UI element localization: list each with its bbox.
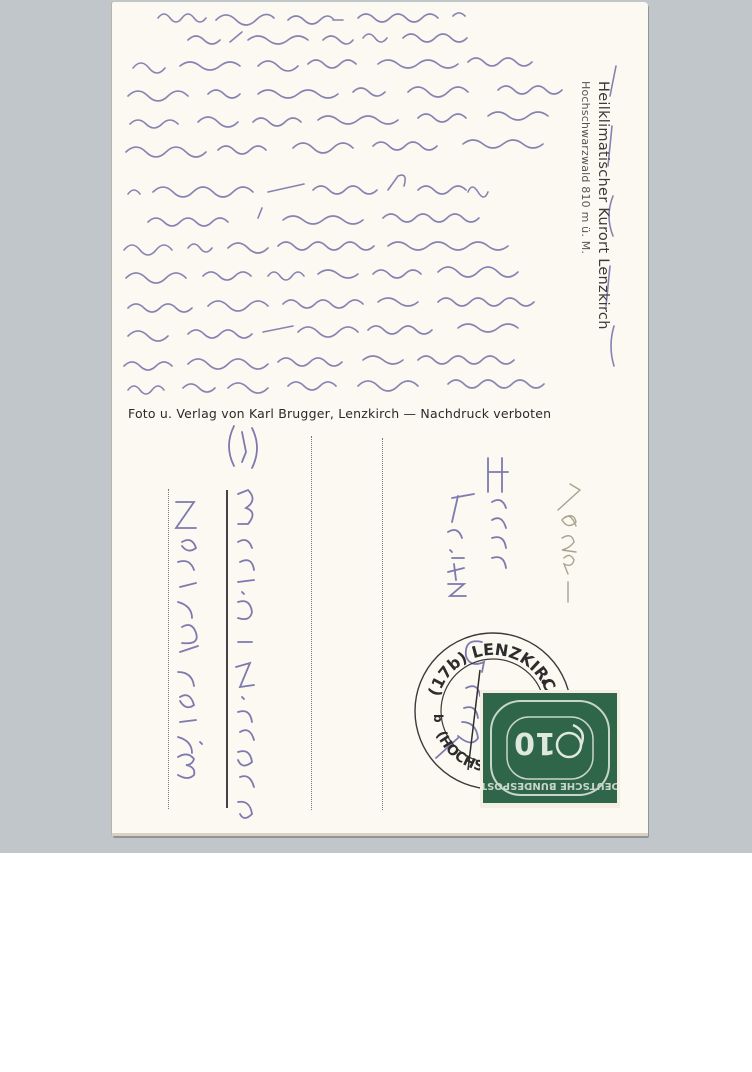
handwritten-message [118, 6, 623, 396]
postcard-title: Heilklimatischer Kurort Lenzkirch [595, 81, 611, 330]
publisher-imprint: Foto u. Verlag von Karl Brugger, Lenzkir… [128, 406, 551, 421]
blank-area [0, 853, 752, 1072]
postcard-subtitle: Hochschwarzwald 810 m ü. M. [579, 81, 592, 254]
postcard: Heilklimatischer Kurort Lenzkirch Hochsc… [112, 2, 648, 836]
svg-text:10: 10 [514, 725, 556, 760]
postage-stamp: DEUTSCHE BUNDESPOST 10 [480, 690, 620, 808]
printed-title-block: Heilklimatischer Kurort Lenzkirch Hochsc… [595, 81, 611, 330]
pencil-note [542, 478, 602, 608]
stamp-face: DEUTSCHE BUNDESPOST 10 [483, 693, 617, 803]
svg-text:b: b [431, 714, 445, 723]
posthorn-design: DEUTSCHE BUNDESPOST 10 [483, 693, 617, 803]
card-bottom-edge [112, 833, 648, 836]
svg-text:DEUTSCHE BUNDESPOST: DEUTSCHE BUNDESPOST [483, 780, 617, 791]
